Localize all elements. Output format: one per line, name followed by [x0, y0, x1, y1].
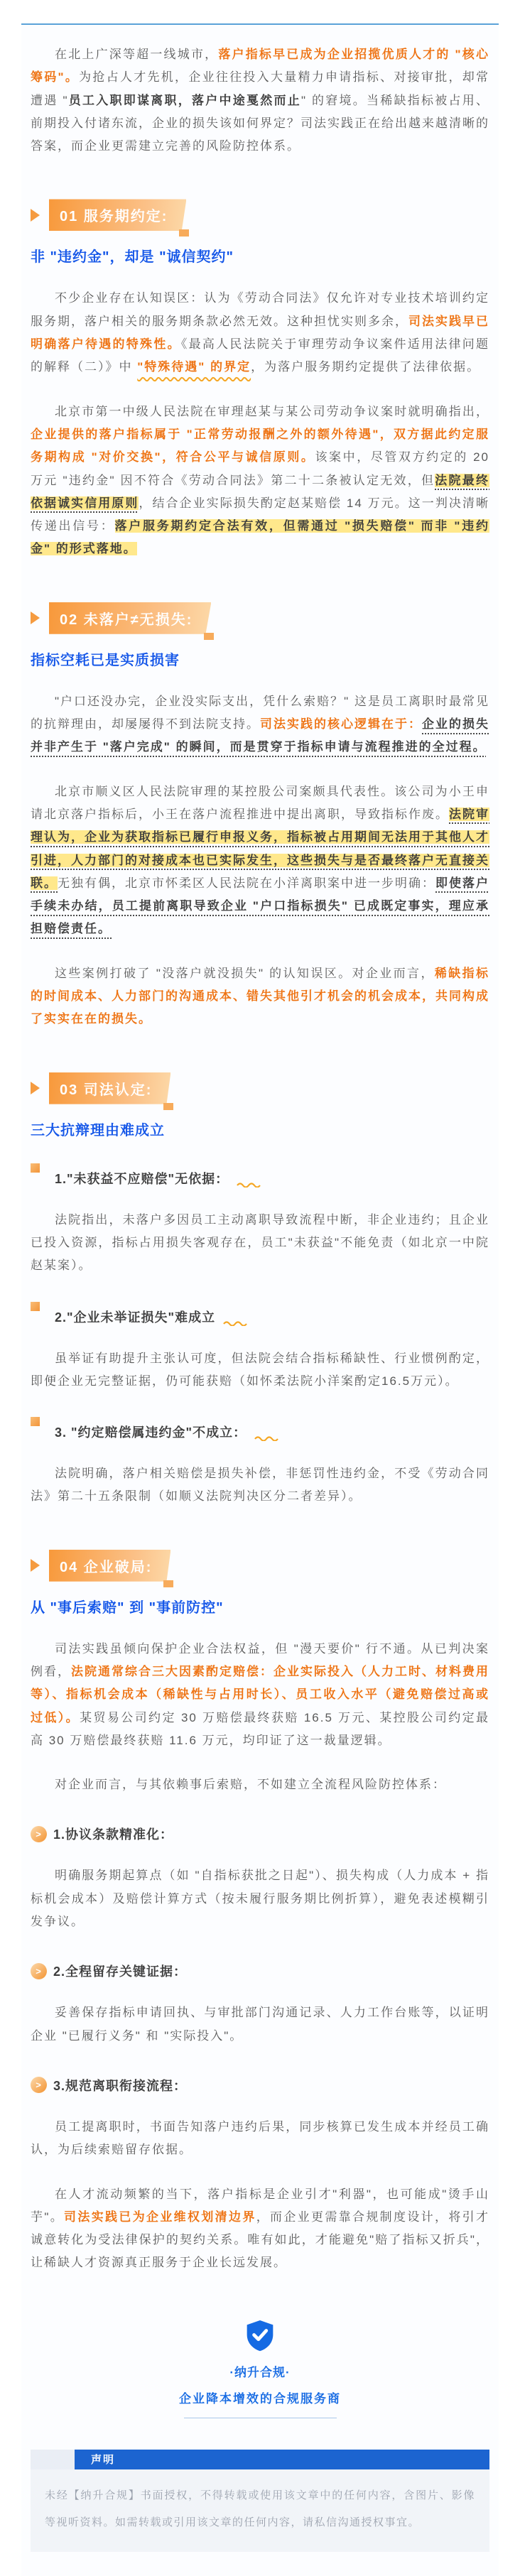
section-badge-label: 04 企业破局:	[49, 1550, 170, 1582]
paragraph: 这些案例打破了 "没落户就没损失" 的认知误区。对企业而言，稀缺指标的时间成本、…	[31, 962, 489, 1031]
section-badge: 01 服务期约定:	[49, 199, 186, 231]
paragraph: 虽举证有助提升主张认可度，但法院会结合指标稀缺性、行业惯例酌定，即便企业无完整证…	[31, 1347, 489, 1393]
text-segment: 在北上广深等超一线城市，	[55, 48, 218, 61]
paragraph: 北京市第一中级人民法院在审理赵某与某公司劳动争议案时就明确指出，企业提供的落户指…	[31, 401, 489, 561]
item-label: 3. "约定赔偿属违约金"不成立：	[55, 1425, 247, 1440]
text-segment: 北京市顺义区人民法院审理的某控股公司案颇具代表性。该公司为小王申请北京落户指标后…	[31, 785, 489, 821]
paragraph: 在人才流动频繁的当下，落户指标是企业引才"利器"，也可能成"烫手山芋"。司法实践…	[31, 2183, 489, 2275]
prevention-item-title: >2.全程留存关键证据：	[31, 1962, 489, 1980]
defense-item-title: 1."未获益不应赔偿"无依据：	[31, 1169, 489, 1188]
section-03: 03 司法认定:三大抗辩理由难成立1."未获益不应赔偿"无依据：法院指出，未落户…	[31, 1072, 489, 1509]
arrow-right-icon	[31, 1082, 40, 1094]
item-label: 2."企业未举证损失"难成立	[55, 1310, 215, 1325]
section-header: 01 服务期约定:	[31, 199, 489, 231]
declaration-body: 未经【纳升合规】书面授权，不得转载或使用该文章中的任何内容，含图片、影像等视听资…	[31, 2469, 489, 2553]
chevron-circle-icon: >	[31, 1826, 47, 1842]
arrow-right-icon	[31, 1559, 40, 1572]
intro-paragraph: 在北上广深等超一线城市，落户指标早已成为企业招揽优质人才的 "核心筹码"。为抢占…	[31, 43, 489, 158]
text-segment: 虽举证有助提升主张认可度，但法院会结合指标稀缺性、行业惯例酌定，即便企业无完整证…	[31, 1352, 489, 1388]
paragraph: 不少企业存在认知误区：认为《劳动合同法》仅允许对专业技术培训约定服务期，落户相关…	[31, 287, 489, 379]
text-segment: 司法实践的核心逻辑在于：	[260, 717, 422, 731]
text-segment: ，为落户服务期约定提供了法律依据。	[251, 360, 480, 374]
section-01: 01 服务期约定:非 "违约金"，却是 "诚信契约"不少企业存在认知误区：认为《…	[31, 199, 489, 560]
paragraph: 明确服务期起算点（如 "自指标获批之日起"）、损失构成（人力成本 + 指标机会成…	[31, 1864, 489, 1933]
paragraph: 司法实践虽倾向保护企业合法权益，但 "漫天要价" 行不通。从已判决案例看，法院通…	[31, 1638, 489, 1752]
section-subtitle: 指标空耗已是实质损害	[31, 648, 489, 669]
section-04: 04 企业破局:从 "事后索赔" 到 "事前防控"司法实践虽倾向保护企业合法权益…	[31, 1550, 489, 2275]
article-card: 在北上广深等超一线城市，落户指标早已成为企业招揽优质人才的 "核心筹码"。为抢占…	[21, 23, 499, 2576]
paragraph: 北京市顺义区人民法院审理的某控股公司案颇具代表性。该公司为小王申请北京落户指标后…	[31, 781, 489, 941]
paragraph: 法院明确，落户相关赔偿是损失补偿，非惩罚性违约金，不受《劳动合同法》第二十五条限…	[31, 1462, 489, 1509]
section-subtitle: 从 "事后索赔" 到 "事前防控"	[31, 1596, 489, 1616]
paragraph: 妥善保存指标申请回执、与审批部门沟通记录、人力工作台账等，以证明企业 "已履行义…	[31, 2001, 489, 2048]
item-label: 3.规范离职衔接流程：	[53, 2076, 187, 2094]
prevention-item-title: >3.规范离职衔接流程：	[31, 2076, 489, 2094]
section-subtitle: 三大抗辩理由难成立	[31, 1119, 489, 1139]
section-header: 03 司法认定:	[31, 1072, 489, 1104]
wavy-underline-decoration	[222, 1319, 249, 1326]
badge-corner-decoration	[163, 1103, 173, 1110]
declaration-header: 声明	[31, 2450, 489, 2469]
section-header: 04 企业破局:	[31, 1550, 489, 1582]
sections: 01 服务期约定:非 "违约金"，却是 "诚信契约"不少企业存在认知误区：认为《…	[31, 199, 489, 2274]
section-badge: 02 未落户≠无损失:	[49, 602, 211, 634]
text-segment: 司法实践已为企业维权划清边界	[64, 2210, 256, 2224]
brand-divider	[184, 2418, 337, 2418]
text-segment: 无独有偶，北京市怀柔区人民法院在小洋离职案中进一步明确：	[58, 876, 435, 890]
paragraph: 法院指出，未落户多因员工主动离职导致流程中断，非企业违约；且企业已投入资源，指标…	[31, 1209, 489, 1278]
text-segment: 法院指出，未落户多因员工主动离职导致流程中断，非企业违约；且企业已投入资源，指标…	[31, 1213, 489, 1273]
text-segment: 某贸易公司约定 30 万赔偿最终获赔 16.5 万元、某控股公司约定最高 30 …	[31, 1711, 489, 1747]
text-segment: 法院明确，落户相关赔偿是损失补偿，非惩罚性违约金，不受《劳动合同法》第二十五条限…	[31, 1467, 489, 1503]
wavy-underline-decoration	[254, 1434, 281, 1441]
item-label: 1."未获益不应赔偿"无依据：	[55, 1172, 229, 1186]
chevron-circle-icon: >	[31, 2077, 47, 2093]
section-badge-label: 02 未落户≠无损失:	[49, 602, 211, 634]
brand-slogan: 企业降本增效的合规服务商	[31, 2388, 489, 2406]
paragraph: "户口还没办完，企业没实际支出，凭什么索赔？" 这是员工离职时最常见的抗辩理由，…	[31, 690, 489, 759]
arrow-right-icon	[31, 209, 40, 222]
arrow-right-icon	[31, 612, 40, 624]
declaration-box: 声明 未经【纳升合规】书面授权，不得转载或使用该文章中的任何内容，含图片、影像等…	[31, 2450, 489, 2553]
text-segment: 妥善保存指标申请回执、与审批部门沟通记录、人力工作台账等，以证明企业 "已履行义…	[31, 2006, 489, 2042]
brand-footer: ·纳升合规· 企业降本增效的合规服务商	[31, 2319, 489, 2418]
badge-corner-decoration	[179, 229, 189, 237]
text-segment: 员工入职即谋离职，落户中途戛然而止	[69, 94, 301, 107]
defense-item-title: 3. "约定赔偿属违约金"不成立：	[31, 1423, 489, 1441]
defense-item-title: 2."企业未举证损失"难成立	[31, 1308, 489, 1326]
prevention-item-title: >1.协议条款精准化：	[31, 1825, 489, 1843]
section-02: 02 未落户≠无损失:指标空耗已是实质损害"户口还没办完，企业没实际支出，凭什么…	[31, 602, 489, 1031]
section-badge-label: 01 服务期约定:	[49, 199, 186, 231]
section-subtitle: 非 "违约金"，却是 "诚信契约"	[31, 245, 489, 266]
square-bullet-icon	[31, 1417, 40, 1426]
section-badge-label: 03 司法认定:	[49, 1072, 170, 1104]
item-label: 1.协议条款精准化：	[53, 1825, 173, 1843]
text-segment: "特殊待遇" 的界定	[137, 360, 251, 374]
paragraph: 员工提离职时，书面告知落户违约后果，同步核算已发生成本并经员工确认，为后续索赔留…	[31, 2116, 489, 2162]
section-badge: 04 企业破局:	[49, 1550, 170, 1582]
paragraph: 对企业而言，与其依赖事后索赔，不如建立全流程风险防控体系：	[31, 1773, 489, 1796]
text-segment: 明确服务期起算点（如 "自指标获批之日起"）、损失构成（人力成本 + 指标机会成…	[31, 1869, 489, 1928]
item-label: 2.全程留存关键证据：	[53, 1962, 187, 1980]
declaration-header-spacer	[31, 2450, 75, 2469]
square-bullet-icon	[31, 1302, 40, 1311]
badge-corner-decoration	[204, 633, 214, 640]
text-segment: 北京市第一中级人民法院在审理赵某与某公司劳动争议案时就明确指出，	[55, 405, 489, 418]
square-bullet-icon	[31, 1163, 40, 1173]
brand-name: ·纳升合规·	[31, 2362, 489, 2380]
declaration-title: 声明	[75, 2450, 489, 2469]
text-segment: 对企业而言，与其依赖事后索赔，不如建立全流程风险防控体系：	[55, 1778, 446, 1791]
badge-corner-decoration	[163, 1580, 173, 1587]
wavy-underline-decoration	[236, 1180, 263, 1188]
shield-check-icon	[244, 2344, 276, 2356]
section-header: 02 未落户≠无损失:	[31, 602, 489, 634]
text-segment: 员工提离职时，书面告知落户违约后果，同步核算已发生成本并经员工确认，为后续索赔留…	[31, 2120, 489, 2156]
text-segment: 这些案例打破了 "没落户就没损失" 的认知误区。对企业而言，	[55, 967, 435, 980]
chevron-circle-icon: >	[31, 1963, 47, 1979]
section-badge: 03 司法认定:	[49, 1072, 170, 1104]
